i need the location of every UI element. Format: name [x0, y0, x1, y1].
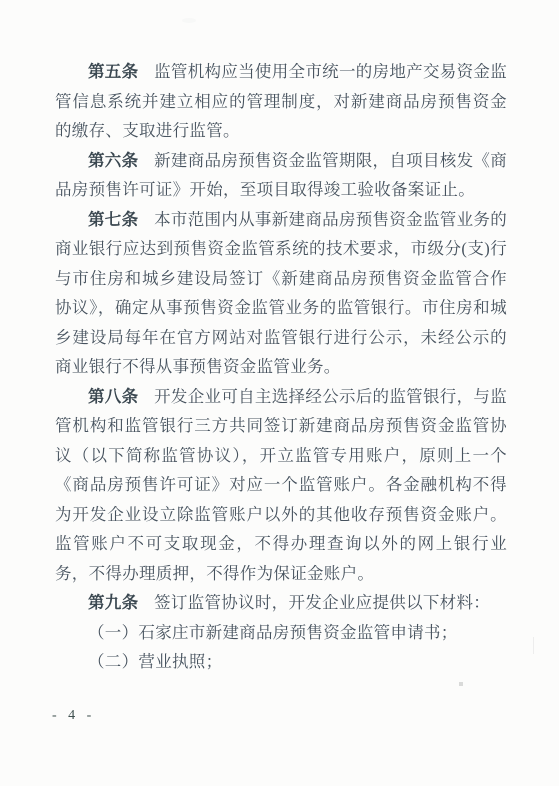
article-number: 第六条: [88, 151, 138, 170]
article-text: 本市范围内从事新建商品房预售资金监管业务的商业银行应达到预售资金监管系统的技术要…: [55, 210, 507, 377]
article-paragraph: 第五条监管机构应当使用全市统一的房地产交易资金监管信息系统并建立相应的管理制度，…: [55, 57, 507, 146]
article-number: 第七条: [88, 210, 138, 229]
scanned-document-page: 第五条监管机构应当使用全市统一的房地产交易资金监管信息系统并建立相应的管理制度，…: [0, 0, 559, 786]
document-body: 第五条监管机构应当使用全市统一的房地产交易资金监管信息系统并建立相应的管理制度，…: [55, 57, 507, 677]
list-item: （二）营业执照；: [55, 647, 507, 677]
article-number: 第五条: [88, 62, 138, 81]
scan-artifact: [182, 18, 196, 23]
article-paragraph: 第七条本市范围内从事新建商品房预售资金监管业务的商业银行应达到预售资金监管系统的…: [55, 205, 507, 382]
article-number: 第八条: [88, 387, 138, 406]
article-paragraph: 第八条开发企业可自主选择经公示后的监管银行，与监管机构和监管银行三方共同签订新建…: [55, 382, 507, 589]
scan-artifact: [459, 682, 463, 686]
article-paragraph: 第九条签订监管协议时，开发企业应提供以下材料：: [55, 588, 507, 618]
scan-artifact: [533, 637, 534, 654]
list-item: （一）石家庄市新建商品房预售资金监管申请书；: [55, 618, 507, 648]
article-text: 开发企业可自主选择经公示后的监管银行，与监管机构和监管银行三方共同签订新建商品房…: [55, 387, 507, 583]
article-paragraph: 第六条新建商品房预售资金监管期限，自项目核发《商品房预售许可证》开始，至项目取得…: [55, 146, 507, 205]
article-text: 签订监管协议时，开发企业应提供以下材料：: [154, 593, 490, 612]
page-number: - 4 -: [52, 706, 95, 726]
article-number: 第九条: [88, 593, 138, 612]
